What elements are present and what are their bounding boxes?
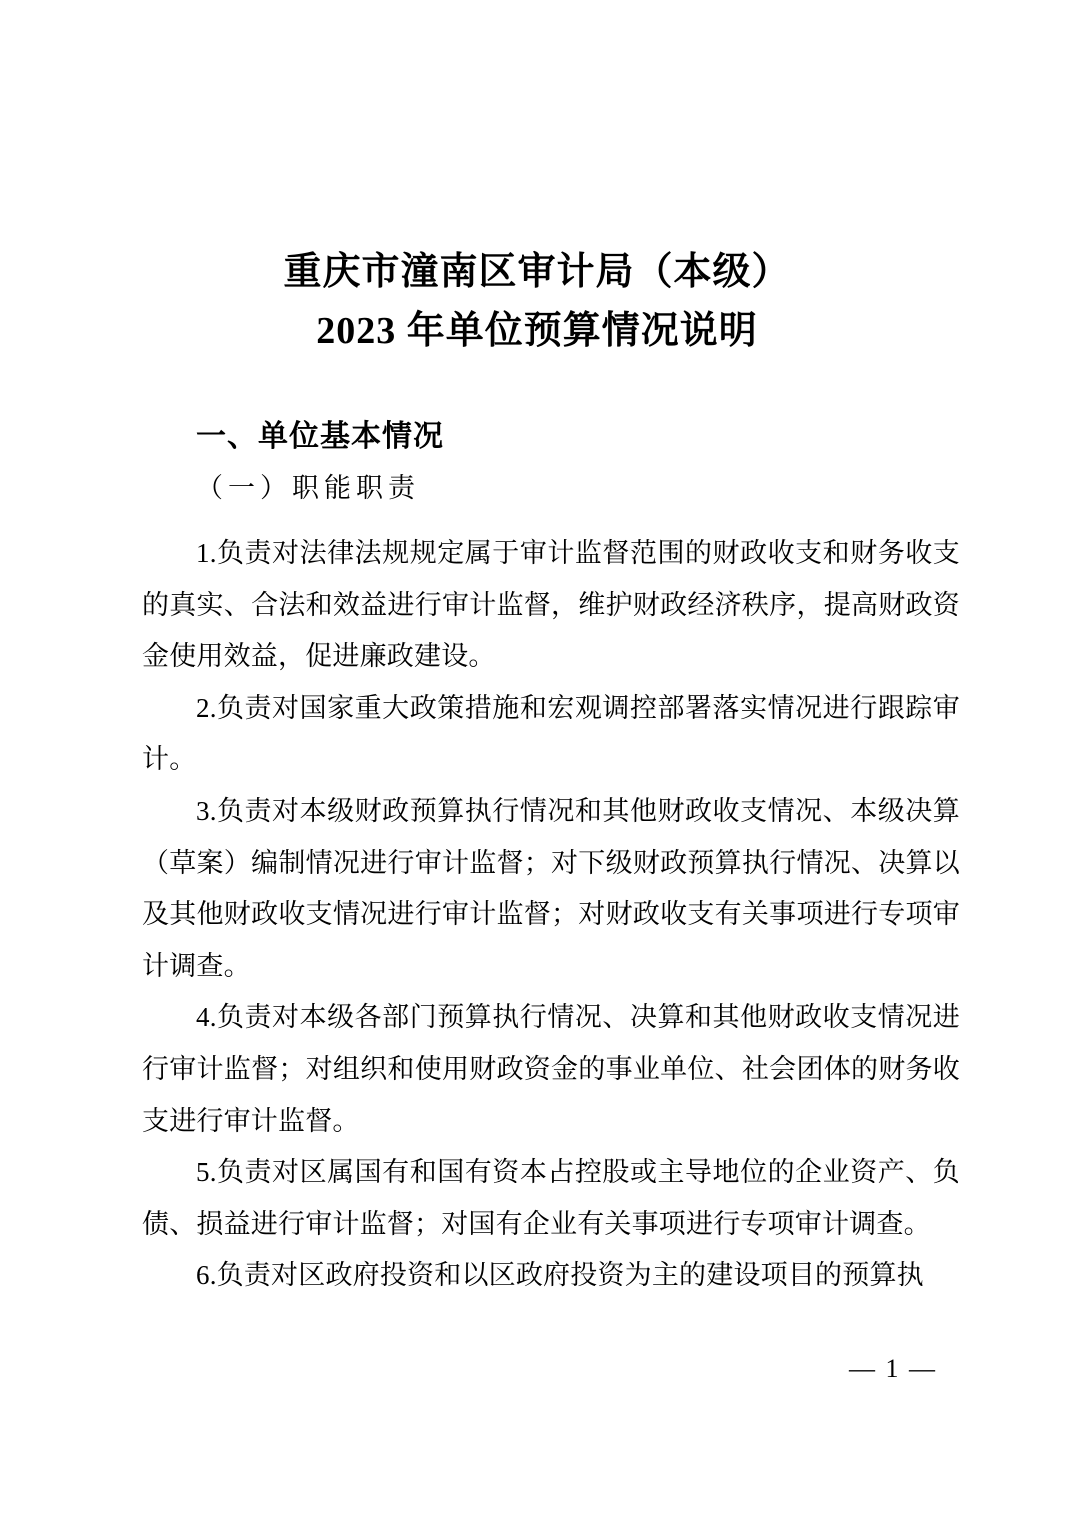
paragraph-duty-4: 4.负责对本级各部门预算执行情况、决算和其他财政收支情况进行审计监督；对组织和使… [142, 992, 960, 1147]
paragraph-duty-5: 5.负责对区属国有和国有资本占控股或主导地位的企业资产、负债、损益进行审计监督；… [142, 1147, 960, 1250]
paragraph-duty-1: 1.负责对法律法规规定属于审计监督范围的财政收支和财务收支的真实、合法和效益进行… [142, 528, 960, 683]
document-title-line-1: 重庆市潼南区审计局（本级） [0, 243, 1074, 302]
page-footer: — 1 — [849, 1352, 937, 1386]
document-title-line-2: 2023 年单位预算情况说明 [0, 302, 1074, 361]
document-body: 1.负责对法律法规规定属于审计监督范围的财政收支和财务收支的真实、合法和效益进行… [142, 528, 960, 1302]
paragraph-duty-2: 2.负责对国家重大政策措施和宏观调控部署落实情况进行跟踪审计。 [142, 683, 960, 786]
document-title: 重庆市潼南区审计局（本级） 2023 年单位预算情况说明 [0, 243, 1074, 361]
paragraph-duty-3: 3.负责对本级财政预算执行情况和其他财政收支情况、本级决算（草案）编制情况进行审… [142, 786, 960, 992]
document-page: 重庆市潼南区审计局（本级） 2023 年单位预算情况说明 一、单位基本情况 （一… [0, 0, 1074, 1520]
section-heading-unit-basic-info: 一、单位基本情况 [142, 420, 960, 454]
paragraph-duty-6: 6.负责对区政府投资和以区政府投资为主的建设项目的预算执 [142, 1250, 960, 1302]
subsection-heading-duties: （一）职能职责 [142, 471, 960, 505]
page-number: — 1 — [849, 1354, 937, 1383]
